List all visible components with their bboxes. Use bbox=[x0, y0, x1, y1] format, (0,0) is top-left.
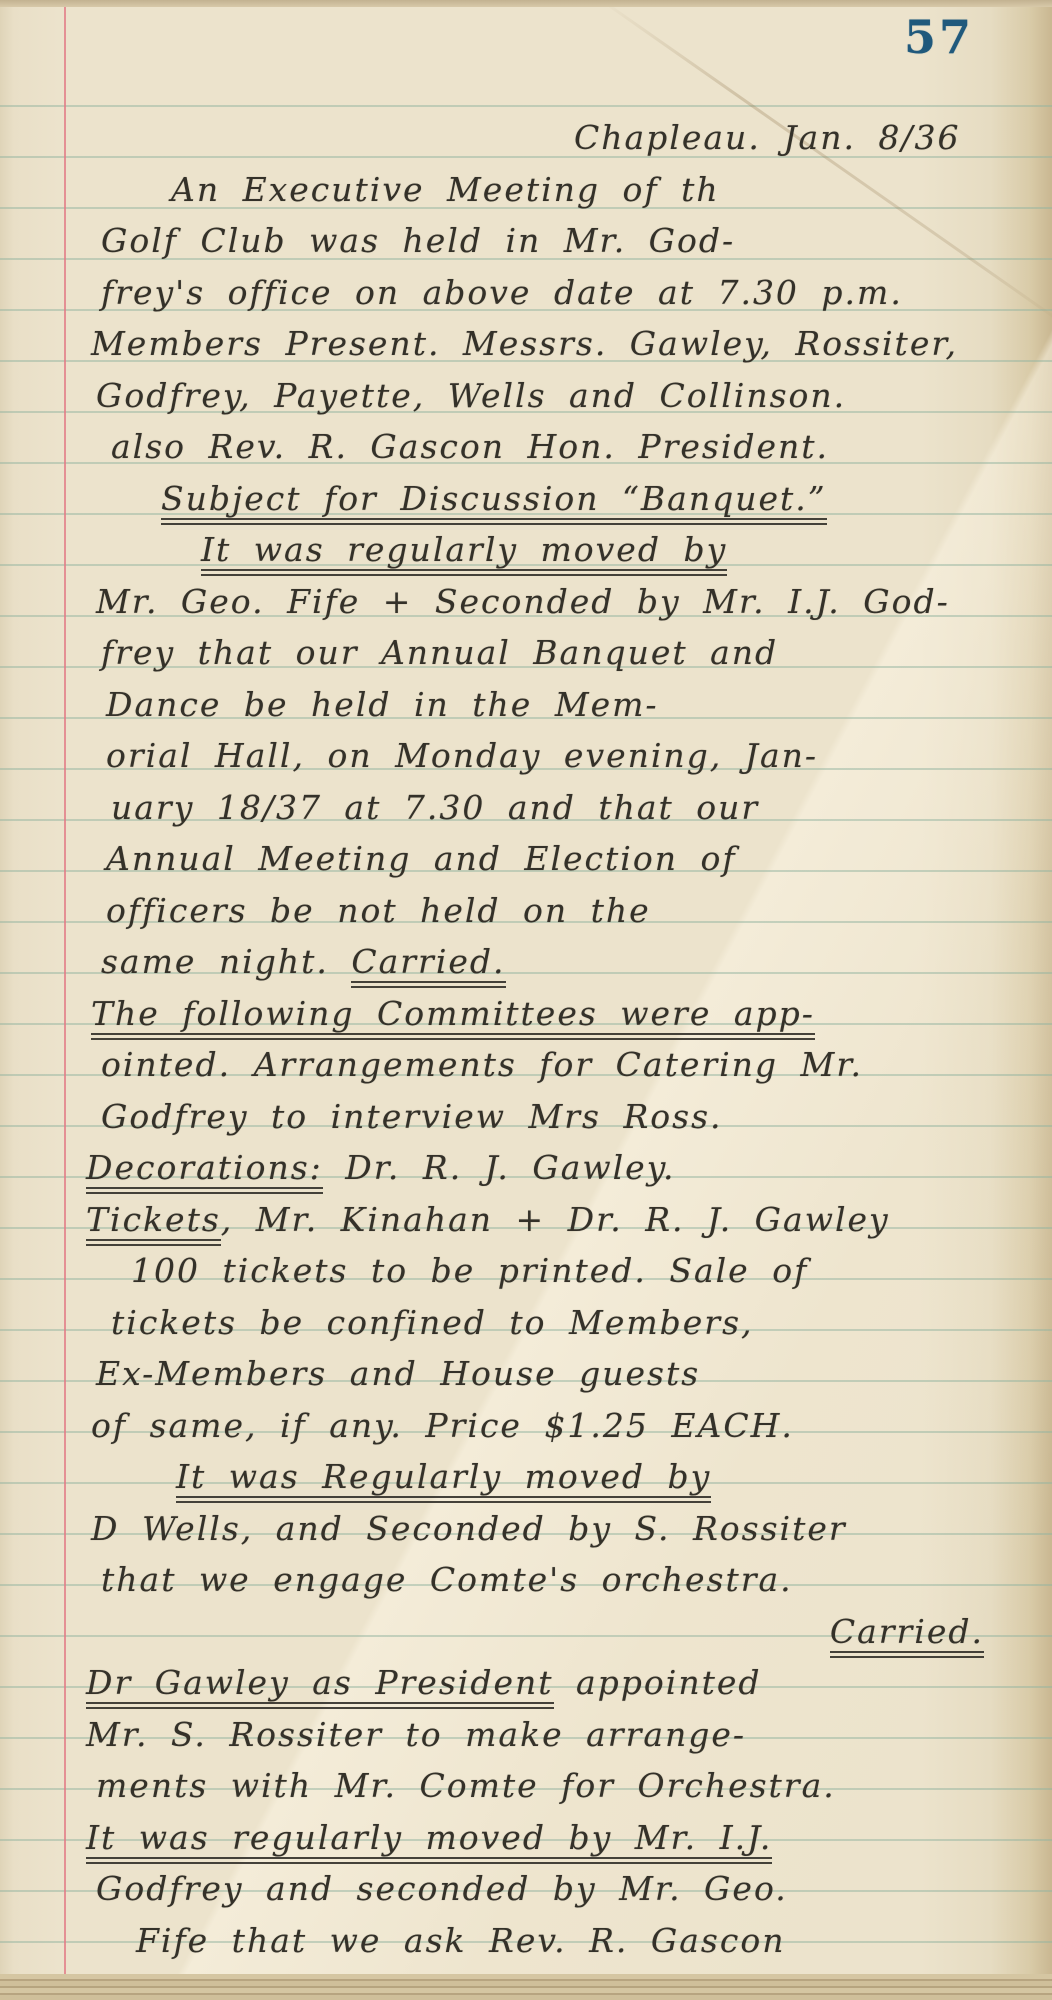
underlined-text: Decorations: bbox=[86, 1148, 323, 1194]
line-text: appointed bbox=[554, 1663, 762, 1702]
handwritten-line: ments with Mr. Comte for Orchestra. bbox=[96, 1760, 1012, 1812]
line-text: Godfrey to interview Mrs Ross. bbox=[101, 1097, 723, 1136]
handwritten-line-heading: Decorations: Dr. R. J. Gawley. bbox=[86, 1142, 1012, 1194]
line-text: ointed. Arrangements for Catering Mr. bbox=[101, 1045, 863, 1084]
handwritten-line: frey's office on above date at 7.30 p.m. bbox=[101, 267, 1012, 319]
line-text: An Executive Meeting of th bbox=[171, 170, 720, 209]
line-text: Annual Meeting and Election of bbox=[106, 839, 737, 878]
margin-line bbox=[64, 7, 66, 1976]
page-number: 57 bbox=[904, 10, 974, 64]
line-text: Golf Club was held in Mr. God- bbox=[101, 221, 735, 260]
line-text: Dr. R. J. Gawley. bbox=[323, 1148, 676, 1187]
handwritten-line: Mr. S. Rossiter to make arrange- bbox=[86, 1709, 1012, 1761]
underlined-text: Carried. bbox=[830, 1612, 984, 1658]
handwritten-line: Members Present. Messrs. Gawley, Rossite… bbox=[91, 318, 1012, 370]
handwritten-line: also Rev. R. Gascon Hon. President. bbox=[111, 421, 1012, 473]
handwritten-line: that we engage Comte's orchestra. bbox=[101, 1554, 1012, 1606]
minute-book-page: 57 Chapleau. Jan. 8/36 An Executive Meet… bbox=[0, 0, 1052, 2000]
line-text: of same, if any. Price $1.25 EACH. bbox=[91, 1406, 794, 1445]
line-text: officers be not held on the bbox=[106, 891, 651, 930]
line-text: Dance be held in the Mem- bbox=[106, 685, 659, 724]
handwritten-line-heading: It was regularly moved by Mr. I.J. bbox=[86, 1812, 1012, 1864]
line-text: frey that our Annual Banquet and bbox=[101, 633, 778, 672]
handwritten-line: Mr. Geo. Fife + Seconded by Mr. I.J. God… bbox=[96, 576, 1012, 628]
line-text: same night. bbox=[101, 942, 351, 981]
underlined-text: Tickets bbox=[86, 1200, 221, 1246]
handwritten-line-heading: Tickets, Mr. Kinahan + Dr. R. J. Gawley bbox=[86, 1194, 1012, 1246]
handwritten-line: Godfrey and seconded by Mr. Geo. bbox=[96, 1863, 1012, 1915]
handwritten-line: Ex-Members and House guests bbox=[96, 1348, 1012, 1400]
line-text: Mr. S. Rossiter to make arrange- bbox=[86, 1715, 746, 1754]
line-text: ments with Mr. Comte for Orchestra. bbox=[96, 1766, 836, 1805]
underlined-text: It was regularly moved by Mr. I.J. bbox=[86, 1818, 772, 1864]
handwritten-line: Fife that we ask Rev. R. Gascon bbox=[136, 1915, 1012, 1967]
line-text: Chapleau. Jan. 8/36 bbox=[574, 118, 961, 157]
line-text: Godfrey, Payette, Wells and Collinson. bbox=[96, 376, 846, 415]
handwritten-line-heading: Subject for Discussion “Banquet.” bbox=[161, 473, 1012, 525]
handwritten-line: orial Hall, on Monday evening, Jan- bbox=[106, 730, 1012, 782]
line-text: Ex-Members and House guests bbox=[96, 1354, 700, 1393]
handwritten-line: tickets be confined to Members, bbox=[111, 1297, 1012, 1349]
handwritten-line: Godfrey, Payette, Wells and Collinson. bbox=[96, 370, 1012, 422]
handwritten-line: officers be not held on the bbox=[106, 885, 1012, 937]
handwriting-block: Chapleau. Jan. 8/36 An Executive Meeting… bbox=[86, 112, 1012, 1966]
line-text: tickets be confined to Members, bbox=[111, 1303, 754, 1342]
underlined-text: It was Regularly moved by bbox=[176, 1457, 711, 1503]
line-text: Members Present. Messrs. Gawley, Rossite… bbox=[91, 324, 958, 363]
line-text: also Rev. R. Gascon Hon. President. bbox=[111, 427, 829, 466]
underlined-text: It was regularly moved by bbox=[201, 530, 727, 576]
line-text: uary 18/37 at 7.30 and that our bbox=[111, 788, 759, 827]
line-text: 100 tickets to be printed. Sale of bbox=[131, 1251, 808, 1290]
line-text: Mr. Geo. Fife + Seconded by Mr. I.J. God… bbox=[96, 582, 950, 621]
dateline: Chapleau. Jan. 8/36 bbox=[574, 112, 1012, 164]
page-top-edge bbox=[0, 0, 1052, 7]
handwritten-line-heading: The following Committees were app- bbox=[91, 988, 1012, 1040]
line-text: frey's office on above date at 7.30 p.m. bbox=[101, 273, 903, 312]
line-text: Fife that we ask Rev. R. Gascon bbox=[136, 1921, 785, 1960]
handwritten-line: ointed. Arrangements for Catering Mr. bbox=[101, 1039, 1012, 1091]
handwritten-line: Godfrey to interview Mrs Ross. bbox=[101, 1091, 1012, 1143]
underlined-text: The following Committees were app- bbox=[91, 994, 815, 1040]
line-text: D Wells, and Seconded by S. Rossiter bbox=[91, 1509, 847, 1548]
line-text: that we engage Comte's orchestra. bbox=[101, 1560, 793, 1599]
line-text: , Mr. Kinahan + Dr. R. J. Gawley bbox=[221, 1200, 890, 1239]
handwritten-line-heading: Dr Gawley as President appointed bbox=[86, 1657, 1012, 1709]
underlined-text: Subject for Discussion “Banquet.” bbox=[161, 479, 827, 525]
handwritten-line: uary 18/37 at 7.30 and that our bbox=[111, 782, 1012, 834]
handwritten-line: D Wells, and Seconded by S. Rossiter bbox=[91, 1503, 1012, 1555]
handwritten-line: Annual Meeting and Election of bbox=[106, 833, 1012, 885]
page-bottom-edge bbox=[0, 1974, 1052, 2000]
line-text: Godfrey and seconded by Mr. Geo. bbox=[96, 1869, 788, 1908]
handwritten-line: same night. Carried. bbox=[101, 936, 1012, 988]
handwritten-line: of same, if any. Price $1.25 EACH. bbox=[91, 1400, 1012, 1452]
handwritten-line: Golf Club was held in Mr. God- bbox=[101, 215, 1012, 267]
handwritten-line: frey that our Annual Banquet and bbox=[101, 627, 1012, 679]
line-text: orial Hall, on Monday evening, Jan- bbox=[106, 736, 818, 775]
handwritten-line-heading: It was regularly moved by bbox=[201, 524, 1012, 576]
carried-line: Carried. bbox=[86, 1606, 1012, 1658]
underlined-text: Dr Gawley as President bbox=[86, 1663, 554, 1709]
handwritten-line: 100 tickets to be printed. Sale of bbox=[131, 1245, 1012, 1297]
underlined-text: Carried. bbox=[351, 942, 505, 988]
handwritten-line: An Executive Meeting of th bbox=[171, 164, 1012, 216]
handwritten-line: Dance be held in the Mem- bbox=[106, 679, 1012, 731]
handwritten-line-heading: It was Regularly moved by bbox=[176, 1451, 1012, 1503]
